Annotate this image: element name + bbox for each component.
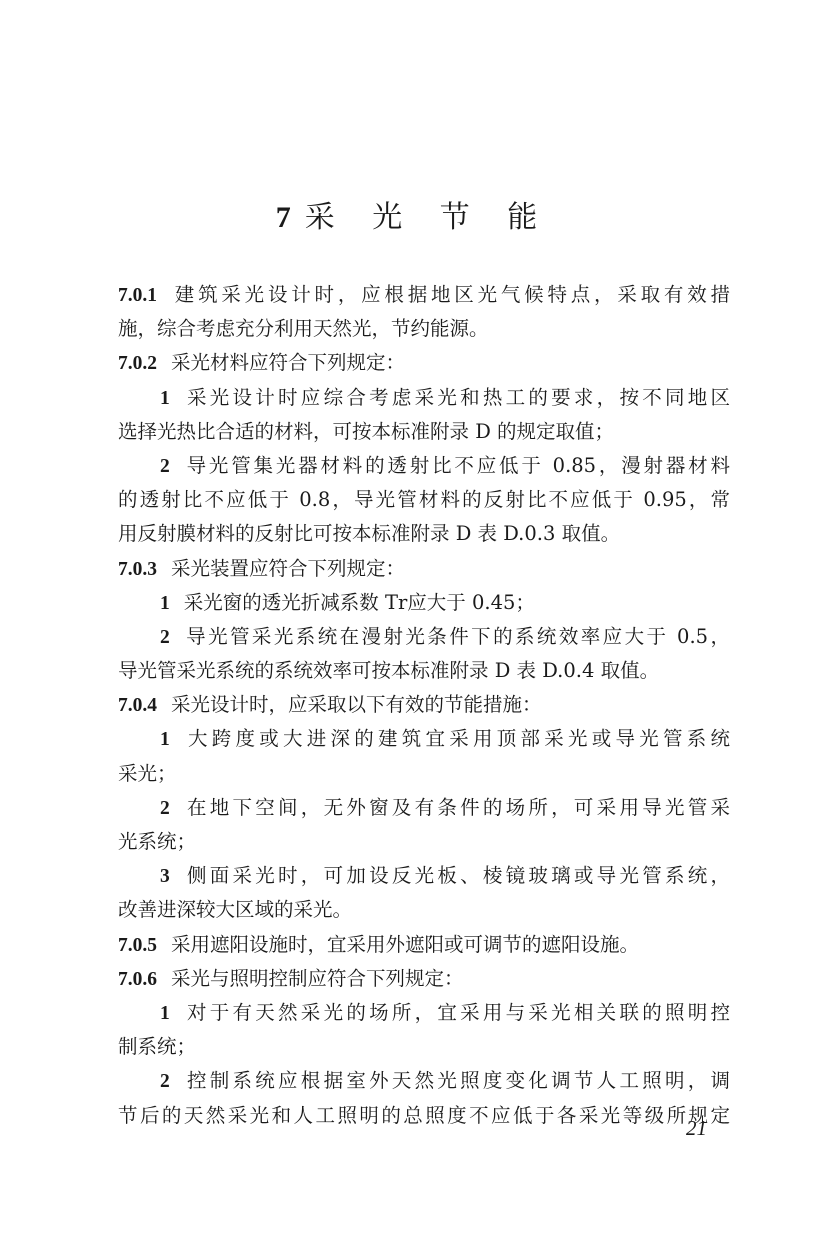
item-line: 1大跨度或大进深的建筑宜采用顶部采光或导光管系统: [118, 722, 730, 756]
clause-number: 7.0.4: [118, 695, 157, 716]
item-number: 2: [160, 798, 170, 819]
item-line: 1采光设计时应综合考虑采光和热工的要求，按不同地区: [118, 381, 730, 415]
text-line: 节后的天然采光和人工照明的总照度不应低于各采光等级所规定: [118, 1099, 730, 1133]
text-line: 改善进深较大区域的采光。: [118, 893, 730, 927]
document-body: 7.0.1建筑采光设计时，应根据地区光气候特点，采取有效措施，综合考虑充分利用天…: [118, 278, 730, 1133]
text-line: 的透射比不应低于 0.8，导光管材料的反射比不应低于 0.95，常: [118, 483, 730, 517]
clause-number: 7.0.5: [118, 935, 157, 956]
line-text: 制系统；: [118, 1035, 196, 1058]
line-text: 改善进深较大区域的采光。: [118, 898, 352, 921]
item-line: 2导光管集光器材料的透射比不应低于 0.85，漫射器材料: [118, 449, 730, 483]
chapter-title: 7采 光 节 能: [0, 192, 827, 236]
chapter-number: 7: [276, 201, 291, 234]
item-number: 3: [160, 866, 170, 887]
chapter-title-text: 采 光 节 能: [305, 200, 552, 235]
line-text: 用反射膜材料的反射比可按本标准附录 D 表 D.0.3 取值。: [118, 522, 620, 545]
text-line: 施，综合考虑充分利用天然光，节约能源。: [118, 312, 730, 346]
item-line: 2控制系统应根据室外天然光照度变化调节人工照明，调: [118, 1064, 730, 1098]
item-number: 1: [160, 729, 170, 750]
line-text: 的透射比不应低于 0.8，导光管材料的反射比不应低于 0.95，常: [118, 488, 730, 511]
clause-line: 7.0.6采光与照明控制应符合下列规定：: [118, 962, 730, 996]
line-text: 导光管集光器材料的透射比不应低于 0.85，漫射器材料: [184, 454, 730, 477]
item-number: 1: [160, 593, 170, 614]
clause-line: 7.0.1建筑采光设计时，应根据地区光气候特点，采取有效措: [118, 278, 730, 312]
clause-number: 7.0.1: [118, 285, 157, 306]
line-text: 采光设计时，应采取以下有效的节能措施：: [171, 693, 542, 716]
clause-line: 7.0.5采用遮阳设施时，宜采用外遮阳或可调节的遮阳设施。: [118, 928, 730, 962]
line-text: 节后的天然采光和人工照明的总照度不应低于各采光等级所规定: [118, 1104, 730, 1127]
item-line: 1对于有天然采光的场所，宜采用与采光相关联的照明控: [118, 996, 730, 1030]
line-text: 采光装置应符合下列规定：: [171, 557, 405, 580]
item-number: 2: [160, 456, 170, 477]
clause-number: 7.0.3: [118, 559, 157, 580]
line-text: 侧面采光时，可加设反光板、棱镜玻璃或导光管系统，: [184, 864, 730, 887]
text-line: 选择光热比合适的材料，可按本标准附录 D 的规定取值；: [118, 415, 730, 449]
item-number: 1: [160, 388, 170, 409]
line-text: 采用遮阳设施时，宜采用外遮阳或可调节的遮阳设施。: [171, 933, 639, 956]
clause-number: 7.0.2: [118, 353, 157, 374]
text-line: 采光；: [118, 757, 730, 791]
page-number: 21: [686, 1116, 707, 1141]
item-line: 2在地下空间，无外窗及有条件的场所，可采用导光管采: [118, 791, 730, 825]
line-text: 控制系统应根据室外天然光照度变化调节人工照明，调: [184, 1069, 730, 1092]
line-text: 施，综合考虑充分利用天然光，节约能源。: [118, 317, 489, 340]
line-text: 采光设计时应综合考虑采光和热工的要求，按不同地区: [184, 386, 730, 409]
item-number: 2: [160, 627, 170, 648]
line-text: 采光；: [118, 762, 177, 785]
text-line: 用反射膜材料的反射比可按本标准附录 D 表 D.0.3 取值。: [118, 517, 730, 551]
line-text: 对于有天然采光的场所，宜采用与采光相关联的照明控: [184, 1001, 730, 1024]
clause-line: 7.0.2采光材料应符合下列规定：: [118, 346, 730, 380]
text-line: 光系统；: [118, 825, 730, 859]
text-line: 导光管采光系统的系统效率可按本标准附录 D 表 D.0.4 取值。: [118, 654, 730, 688]
item-line: 1采光窗的透光折减系数 Tr应大于 0.45；: [118, 586, 730, 620]
clause-number: 7.0.6: [118, 969, 157, 990]
text-line: 制系统；: [118, 1030, 730, 1064]
line-text: 采光材料应符合下列规定：: [171, 351, 405, 374]
line-text: 建筑采光设计时，应根据地区光气候特点，采取有效措: [171, 283, 730, 306]
line-text: 大跨度或大进深的建筑宜采用顶部采光或导光管系统: [184, 727, 730, 750]
item-number: 1: [160, 1003, 170, 1024]
item-line: 2导光管采光系统在漫射光条件下的系统效率应大于 0.5，: [118, 620, 730, 654]
line-text: 选择光热比合适的材料，可按本标准附录 D 的规定取值；: [118, 420, 614, 443]
line-text: 导光管采光系统的系统效率可按本标准附录 D 表 D.0.4 取值。: [118, 659, 659, 682]
clause-line: 7.0.4采光设计时，应采取以下有效的节能措施：: [118, 688, 730, 722]
line-text: 采光与照明控制应符合下列规定：: [171, 967, 464, 990]
item-number: 2: [160, 1071, 170, 1092]
clause-line: 7.0.3采光装置应符合下列规定：: [118, 552, 730, 586]
line-text: 在地下空间，无外窗及有条件的场所，可采用导光管采: [184, 796, 730, 819]
line-text: 采光窗的透光折减系数 Tr应大于 0.45；: [184, 591, 535, 614]
line-text: 光系统；: [118, 830, 196, 853]
line-text: 导光管采光系统在漫射光条件下的系统效率应大于 0.5，: [184, 625, 730, 648]
item-line: 3侧面采光时，可加设反光板、棱镜玻璃或导光管系统，: [118, 859, 730, 893]
